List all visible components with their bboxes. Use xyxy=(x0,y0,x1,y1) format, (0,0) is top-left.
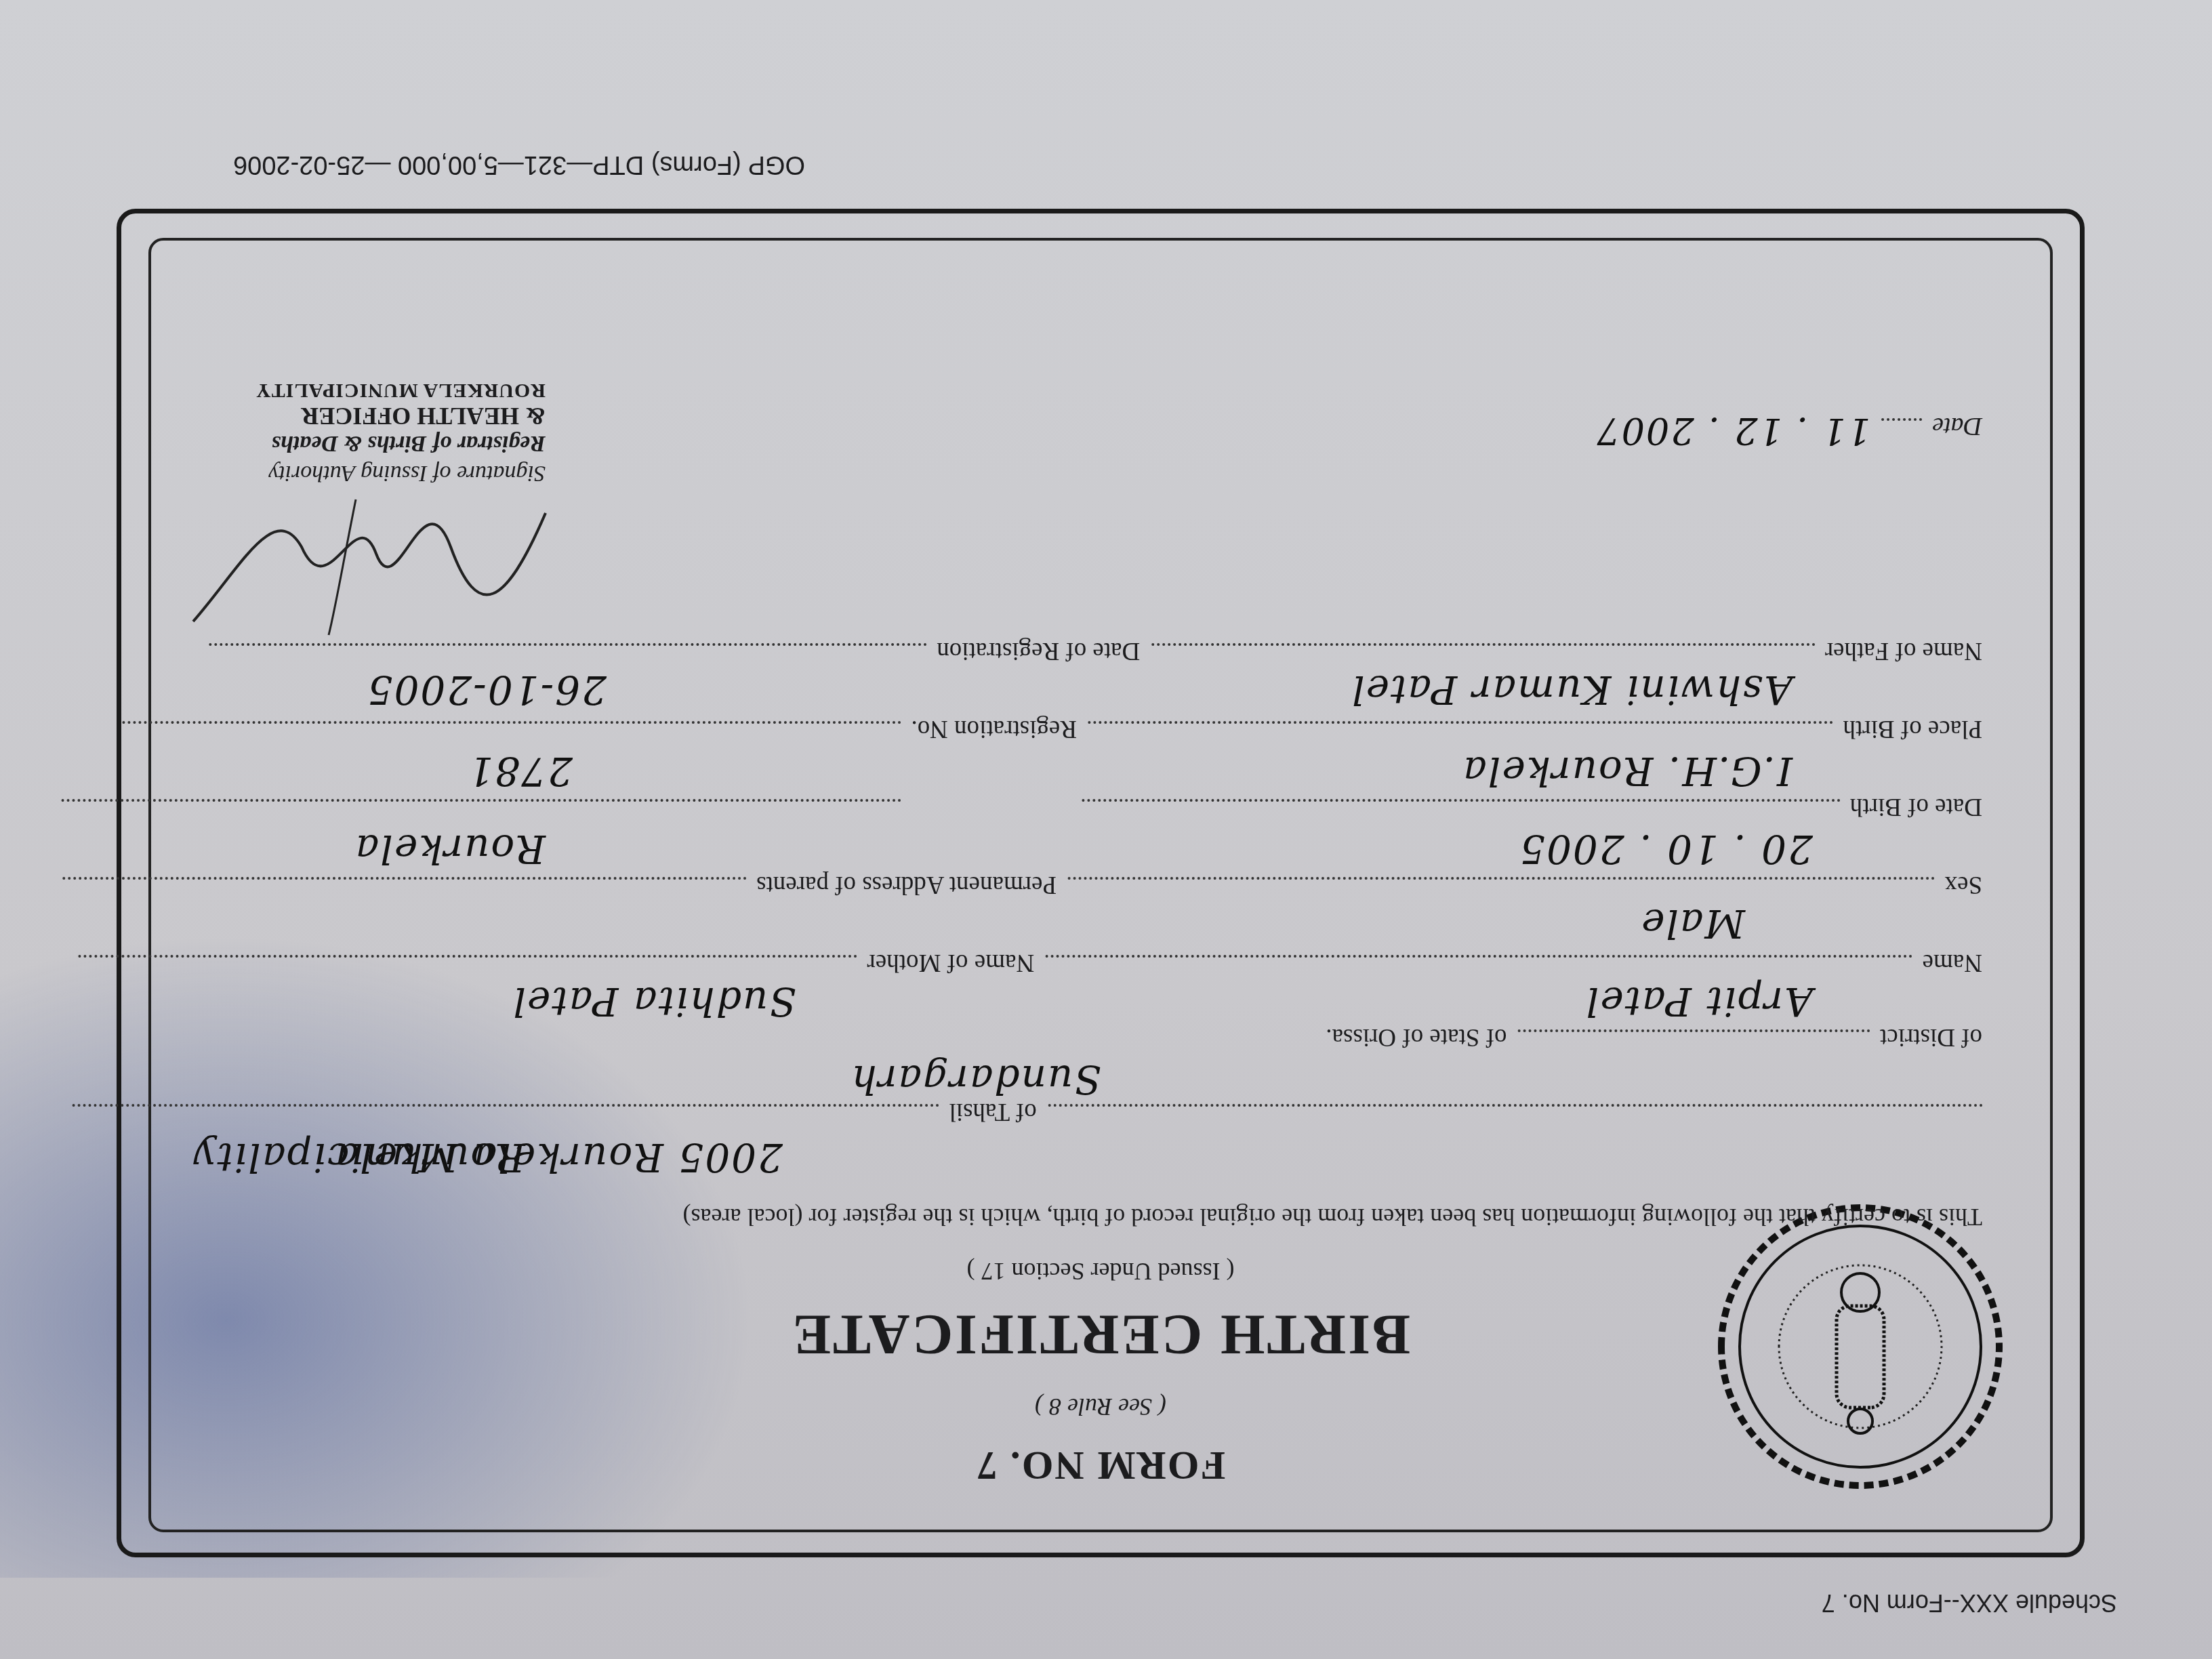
certificate-inner-border: FORM NO. 7 ( See Rule 8 ) BIRTH CERTIFIC… xyxy=(148,238,2053,1532)
place-dots xyxy=(1087,721,1832,731)
father-name-value: Ashwini Kumar Patel xyxy=(1351,667,1793,713)
place-label: Place of Birth xyxy=(1843,715,1982,743)
schedule-label: Schedule XXX--Form No. 7 xyxy=(1822,1589,2117,1617)
reg-no-value: 2781 xyxy=(467,748,573,794)
signature-label: Signature of Issuing Authority xyxy=(166,460,546,486)
registrar-stamp-line2: & HEALTH OFFICER xyxy=(166,402,546,430)
issue-date-label: Date xyxy=(1932,412,1982,441)
reg-no-dots xyxy=(121,721,901,731)
reg-no-label: Registration No. xyxy=(911,715,1077,743)
sex-label: Sex xyxy=(1945,871,1983,899)
sex-line: Sex Permanent Address of parents xyxy=(58,870,1982,899)
name-label: Name xyxy=(1923,949,1982,977)
issue-date: Date 11 . 12 . 2007 xyxy=(1595,409,1982,452)
tahsil-dots xyxy=(71,1104,939,1113)
place-value: I.G.H. Rourkela xyxy=(1462,748,1793,794)
district-label: of District xyxy=(1880,1023,1982,1051)
address-label: Permanent Address of parents xyxy=(756,871,1057,899)
certificate-title: BIRTH CERTIFICATE xyxy=(151,1301,2050,1367)
dob-label: Date of Birth xyxy=(1850,793,1982,821)
issued-under: ( Issued Under Section 17 ) xyxy=(151,1257,2050,1286)
certificate-border: FORM NO. 7 ( See Rule 8 ) BIRTH CERTIFIC… xyxy=(117,209,2085,1557)
district-dots xyxy=(1517,1029,1870,1039)
signature-block: Signature of Issuing Authority Registrar… xyxy=(166,379,546,486)
sex-value: Male xyxy=(1640,901,1745,947)
issue-date-value: 11 . 12 . 2007 xyxy=(1595,409,1870,452)
tahsil-value: Rourkela xyxy=(334,1134,525,1181)
registrar-stamp-line3: ROURKELA MUNICIPALITY xyxy=(166,379,546,402)
certificate-page: Schedule XXX--Form No. 7 FORM NO. 7 ( Se… xyxy=(0,0,2212,1659)
form-number: FORM NO. 7 xyxy=(151,1442,2050,1489)
child-name-value: Arpit Patel xyxy=(1585,979,1813,1025)
father-label: Name of Father xyxy=(1825,637,1982,665)
registrar-stamp-line1: Registrar of Births & Deaths xyxy=(166,430,546,456)
district-value: Sundargarh xyxy=(850,1057,1101,1103)
dob-dots xyxy=(1081,799,1840,808)
district-line: of District of State of Orissa. xyxy=(1326,1023,1982,1052)
place-line: Place of Birth Registration No. xyxy=(117,714,1982,743)
dob-line: Date of Birth xyxy=(56,792,1982,821)
state-label: of State of Orissa. xyxy=(1326,1023,1507,1051)
mother-dots xyxy=(77,955,857,964)
see-rule-text: ( See Rule 8 ) xyxy=(1035,1393,1166,1420)
reg-date-label: Date of Registration xyxy=(937,637,1140,665)
address-dots-2 xyxy=(60,799,901,808)
address-dots xyxy=(62,877,746,886)
name-dots xyxy=(1044,955,1912,964)
dob-value: 20 . 10 . 2005 xyxy=(1519,826,1813,872)
sex-dots xyxy=(1067,877,1934,886)
mother-label: Name of Mother xyxy=(867,949,1035,977)
issue-date-dots xyxy=(1881,418,1922,428)
signature-scribble-icon xyxy=(180,486,559,649)
mother-name-value: Sudhita Patel xyxy=(512,979,796,1025)
father-dots xyxy=(1151,643,1815,653)
name-line: Name Name of Mother xyxy=(73,948,1982,977)
local-area-dots xyxy=(1047,1104,1982,1113)
certify-statement: This is to certify that the following in… xyxy=(219,1203,1982,1231)
reg-date-value: 26-10-2005 xyxy=(367,667,607,713)
form-print-code: OGP (Forms) DTP—321—5,00,000 —25-02-2006 xyxy=(233,150,805,179)
see-rule: ( See Rule 8 ) xyxy=(151,1393,2050,1421)
address-value: Rourkela xyxy=(354,826,546,872)
